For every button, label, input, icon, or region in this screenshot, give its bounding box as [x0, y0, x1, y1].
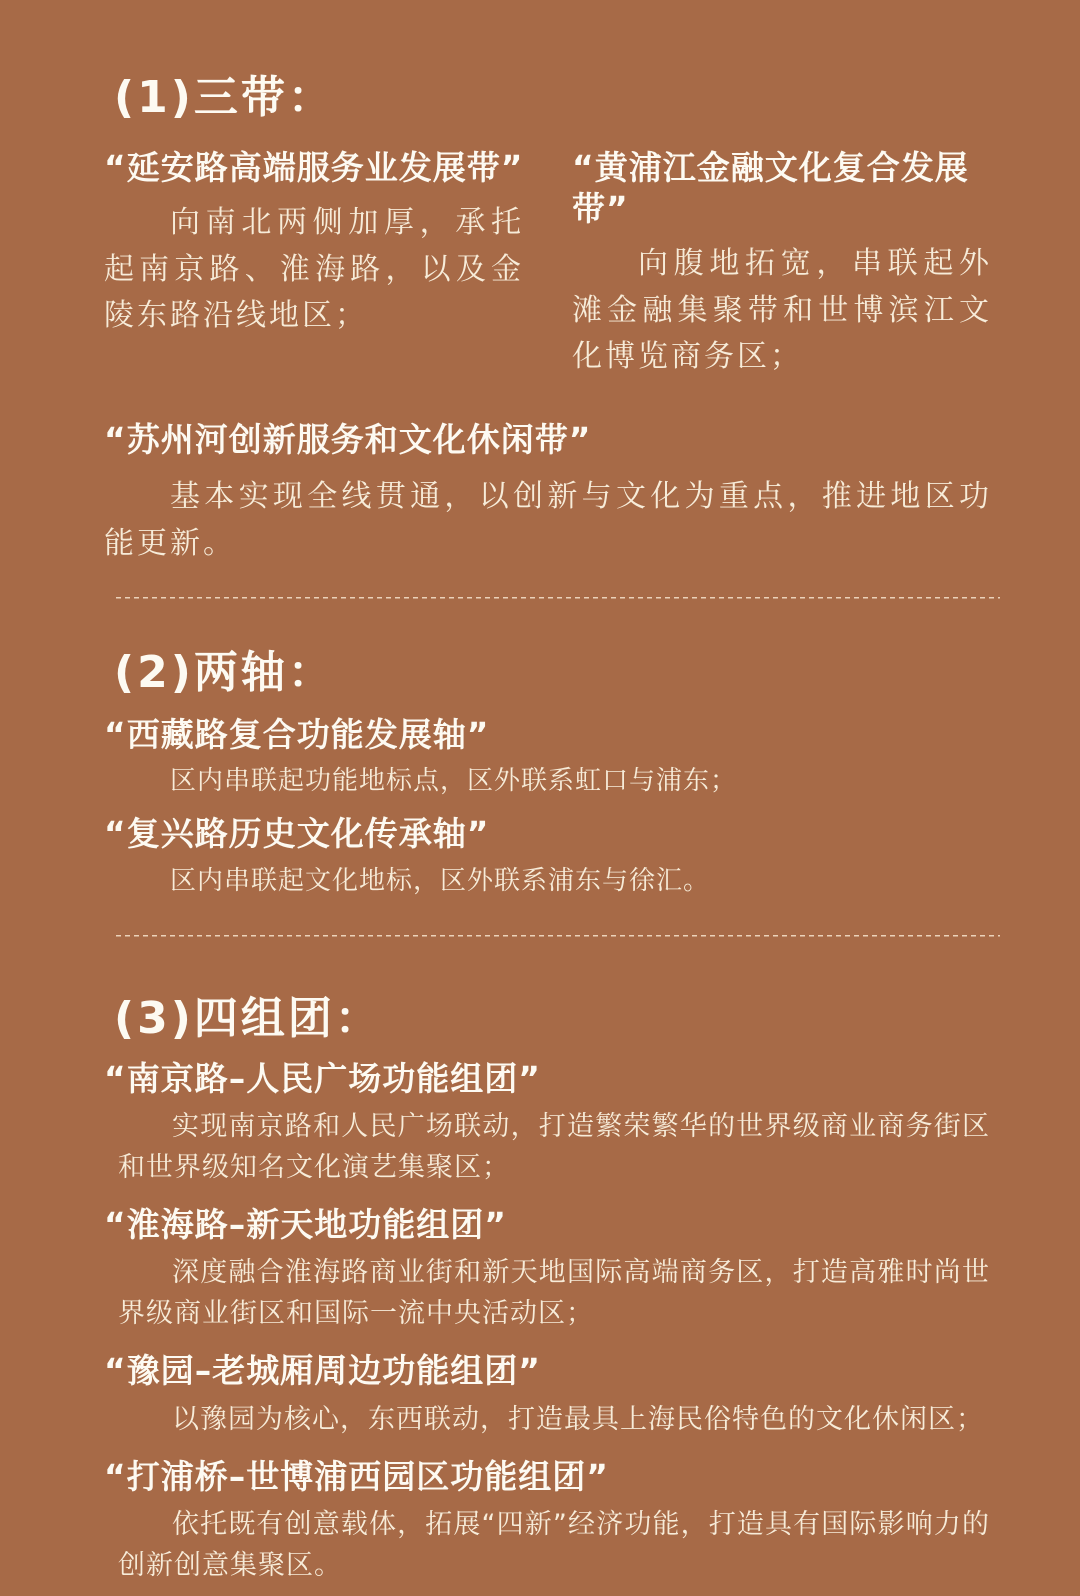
- cluster-huaihailu-title: “淮海路–新天地功能组团”: [104, 1204, 992, 1245]
- cluster-item-dapuqiao: “打浦桥–世博浦西园区功能组团” 依托既有创意载体，拓展“四新”经济功能，打造具…: [104, 1456, 992, 1586]
- belts-two-column-row: “延安路高端服务业发展带” 向南北两侧加厚，承托起南京路、淮海路，以及金陵东路沿…: [104, 147, 992, 381]
- cluster-yuyuan-description: 以豫园为核心，东西联动，打造最具上海民俗特色的文化休闲区；: [118, 1400, 990, 1441]
- axis-item-fuxinglu: “复兴路历史文化传承轴” 区内串联起文化地标，区外联系浦东与徐汇。: [104, 813, 992, 899]
- cluster-huaihailu-description: 深度融合淮海路商业街和新天地国际高端商务区，打造高雅时尚世界级商业街区和国际一流…: [118, 1253, 990, 1334]
- cluster-dapuqiao-description: 依托既有创意载体，拓展“四新”经济功能，打造具有国际影响力的创新创意集聚区。: [118, 1505, 990, 1586]
- belt-huangpujiang-description: 向腹地拓宽，串联起外滩金融集聚带和世博滨江文化博览商务区；: [572, 241, 992, 381]
- three-belts-heading: (1)三带：: [114, 72, 992, 125]
- two-axes-heading: (2)两轴：: [114, 647, 992, 700]
- section-three-belts: (1)三带： “延安路高端服务业发展带” 向南北两侧加厚，承托起南京路、淮海路，…: [104, 72, 992, 599]
- axis-xizanglu-title: “西藏路复合功能发展轴”: [104, 714, 992, 755]
- cluster-item-nanjinglu: “南京路–人民广场功能组团” 实现南京路和人民广场联动，打造繁荣繁华的世界级商业…: [104, 1058, 992, 1188]
- cluster-nanjinglu-title: “南京路–人民广场功能组团”: [104, 1058, 992, 1099]
- belt-suzhouhe-description: 基本实现全线贯通，以创新与文化为重点，推进地区功能更新。: [104, 474, 992, 567]
- cluster-yuyuan-title: “豫园–老城厢周边功能组团”: [104, 1350, 992, 1391]
- belt-item-huangpujiang: “黄浦江金融文化复合发展带” 向腹地拓宽，串联起外滩金融集聚带和世博滨江文化博览…: [572, 147, 992, 381]
- dotted-divider-1: [116, 597, 1000, 599]
- belt-huangpujiang-title: “黄浦江金融文化复合发展带”: [572, 147, 992, 230]
- belt-item-suzhouhe: “苏州河创新服务和文化休闲带” 基本实现全线贯通，以创新与文化为重点，推进地区功…: [104, 419, 992, 567]
- axis-fuxinglu-title: “复兴路历史文化传承轴”: [104, 813, 992, 854]
- axis-xizanglu-description: 区内串联起功能地标点，区外联系虹口与浦东；: [118, 763, 992, 799]
- planning-document-page: (1)三带： “延安路高端服务业发展带” 向南北两侧加厚，承托起南京路、淮海路，…: [0, 0, 1080, 1596]
- dotted-divider-2: [116, 935, 1000, 937]
- axis-fuxinglu-description: 区内串联起文化地标，区外联系浦东与徐汇。: [118, 863, 992, 899]
- four-clusters-heading: (3)四组团：: [114, 993, 992, 1046]
- belt-suzhouhe-title: “苏州河创新服务和文化休闲带”: [104, 419, 992, 460]
- section-four-clusters: (3)四组团： “南京路–人民广场功能组团” 实现南京路和人民广场联动，打造繁荣…: [104, 993, 992, 1586]
- cluster-item-yuyuan: “豫园–老城厢周边功能组团” 以豫园为核心，东西联动，打造最具上海民俗特色的文化…: [104, 1350, 992, 1440]
- cluster-item-huaihailu: “淮海路–新天地功能组团” 深度融合淮海路商业街和新天地国际高端商务区，打造高雅…: [104, 1204, 992, 1334]
- section-two-axes: (2)两轴： “西藏路复合功能发展轴” 区内串联起功能地标点，区外联系虹口与浦东…: [104, 647, 992, 937]
- axis-item-xizanglu: “西藏路复合功能发展轴” 区内串联起功能地标点，区外联系虹口与浦东；: [104, 714, 992, 800]
- belt-yananlu-description: 向南北两侧加厚，承托起南京路、淮海路，以及金陵东路沿线地区；: [104, 200, 524, 340]
- cluster-nanjinglu-description: 实现南京路和人民广场联动，打造繁荣繁华的世界级商业商务街区和世界级知名文化演艺集…: [118, 1107, 990, 1188]
- belt-item-yananlu: “延安路高端服务业发展带” 向南北两侧加厚，承托起南京路、淮海路，以及金陵东路沿…: [104, 147, 524, 381]
- belt-yananlu-title: “延安路高端服务业发展带”: [104, 147, 524, 188]
- cluster-dapuqiao-title: “打浦桥–世博浦西园区功能组团”: [104, 1456, 992, 1497]
